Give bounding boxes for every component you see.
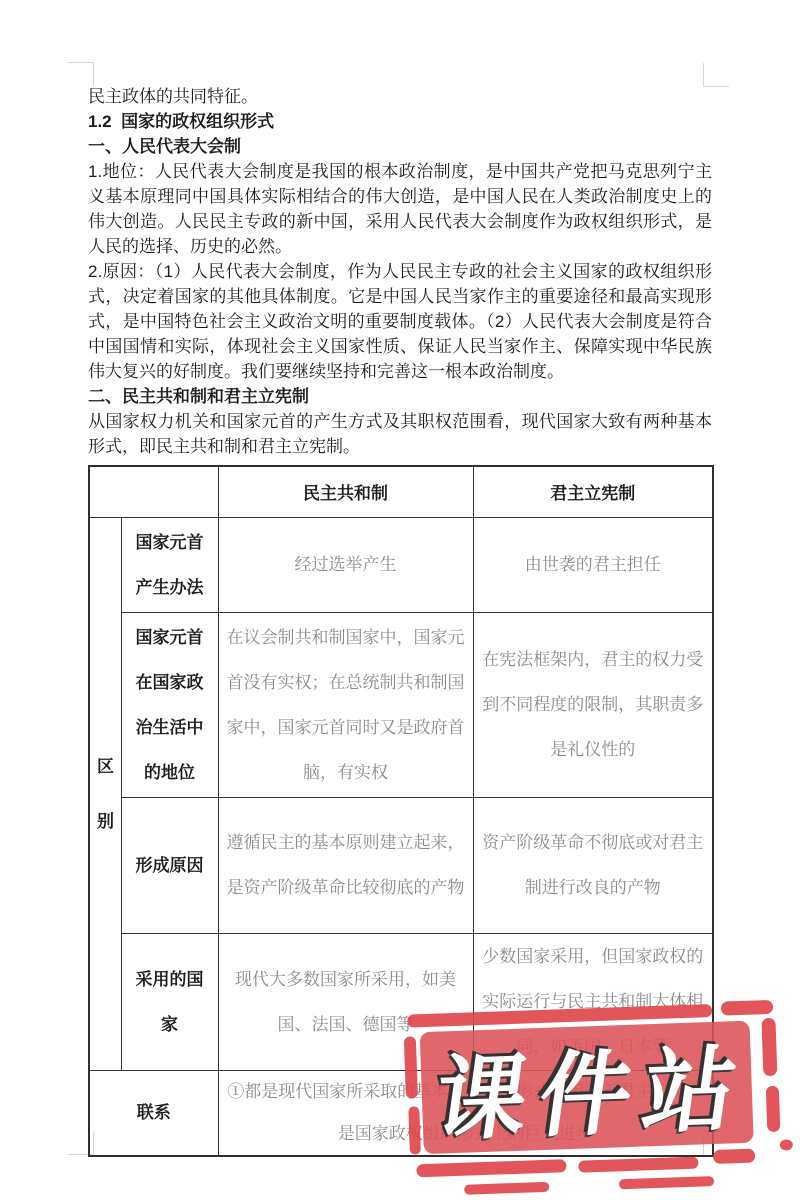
header-monarchy: 君主立宪制 (473, 466, 713, 517)
header-republic: 民主共和制 (218, 466, 473, 517)
paragraph-block: 民主政体的共同特征。1.2 国家的政权组织形式一、人民代表大会制1.地位：人民代… (88, 84, 712, 459)
monarchy-cell: 资产阶级革命不彻底或对君主制进行改良的产物 (473, 797, 713, 933)
stamp-frame-stroke (416, 1159, 566, 1177)
monarchy-cell: 在宪法框架内，君主的权力受到不同程度的限制，其职责多是礼仪性的 (473, 612, 713, 797)
stamp-frame-dot (780, 1139, 793, 1150)
stamp-frame-stroke (721, 1000, 773, 1016)
relation-content-cell: ①都是现代国家所采取的基本政权组织形式②相对于君主专制，是国家政权组织形式上的巨… (218, 1070, 713, 1156)
table-row: 采用的国家 现代大多数国家所采用，如美国、法国、德国等 少数国家采用，但国家政权… (89, 933, 713, 1070)
monarchy-cell: 少数国家采用，但国家政权的实际运行与民主共和制大体相同，如英国、日本等 (473, 933, 713, 1070)
table-row: 区别 国家元首产生办法 经过选举产生 由世袭的君主担任 (89, 517, 713, 612)
republic-cell: 现代大多数国家所采用，如美国、法国、德国等 (218, 933, 473, 1070)
paragraph: 1.地位：人民代表大会制度是我国的根本政治制度，是中国共产党把马克思列宁主义基本… (88, 159, 712, 259)
relation-label-cell: 联系 (89, 1070, 218, 1156)
page-margin-mark-top-left (68, 62, 94, 86)
republic-cell: 在议会制共和制国家中，国家元首没有实权；在总统制共和制国家中，国家元首同时又是政… (218, 612, 473, 797)
paragraph: 2.原因：（1）人民代表大会制度，作为人民民主专政的社会主义国家的政权组织形式，… (88, 259, 712, 384)
stamp-frame-stroke (619, 1176, 714, 1189)
header-empty-cell (89, 466, 218, 517)
heading: 二、民主共和制和君主立宪制 (88, 384, 712, 409)
paragraph: 从国家权力机关和国家元首的产生方式及其职权范围看，现代国家大致有两种基本形式，即… (88, 409, 712, 459)
heading: 一、人民代表大会制 (88, 134, 712, 159)
group-label-cell: 区别 (89, 517, 121, 1070)
heading: 1.2 国家的政权组织形式 (88, 109, 712, 134)
republic-cell: 遵循民主的基本原则建立起来，是资产阶级革命比较彻底的产物 (218, 797, 473, 933)
row-label-cell: 国家元首在国家政治生活中的地位 (121, 612, 218, 797)
stamp-frame-stroke (766, 1086, 781, 1132)
row-label-cell: 国家元首产生办法 (121, 517, 218, 612)
table-header-row: 民主共和制 君主立宪制 (89, 466, 713, 517)
document-body: 民主政体的共同特征。1.2 国家的政权组织形式一、人民代表大会制1.地位：人民代… (88, 84, 712, 1157)
stamp-frame-stroke (761, 1018, 777, 1076)
row-label-cell: 形成原因 (121, 797, 218, 933)
row-label-cell: 采用的国家 (121, 933, 218, 1070)
paragraph: 民主政体的共同特征。 (88, 84, 712, 109)
table-row: 国家元首在国家政治生活中的地位 在议会制共和制国家中，国家元首没有实权；在总统制… (89, 612, 713, 797)
stamp-frame-stroke (578, 1157, 698, 1173)
table-row: 形成原因 遵循民主的基本原则建立起来，是资产阶级革命比较彻底的产物 资产阶级革命… (89, 797, 713, 933)
comparison-table: 民主共和制 君主立宪制 区别 国家元首产生办法 经过选举产生 由世袭的君主担任 … (88, 465, 714, 1157)
stamp-frame-stroke (464, 1182, 549, 1195)
republic-cell: 经过选举产生 (218, 517, 473, 612)
monarchy-cell: 由世袭的君主担任 (473, 517, 713, 612)
relation-row: 联系 ①都是现代国家所采取的基本政权组织形式②相对于君主专制，是国家政权组织形式… (89, 1070, 713, 1156)
